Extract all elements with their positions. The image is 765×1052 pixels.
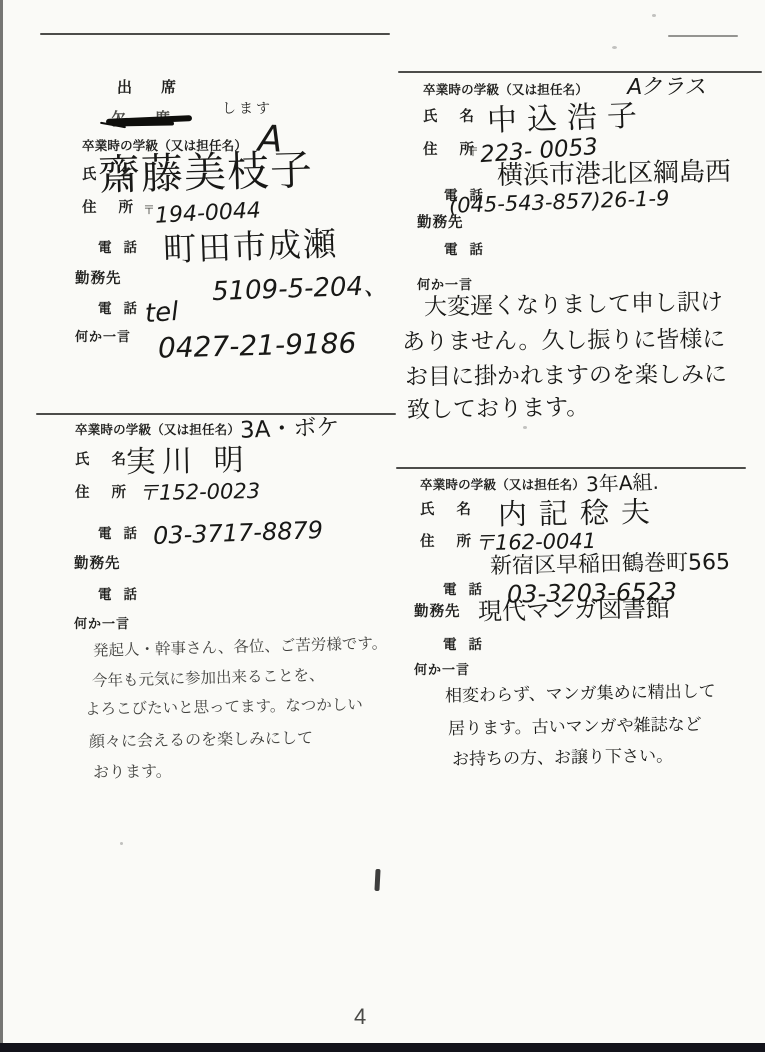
- attend-verb-label: します: [222, 101, 273, 115]
- card1-phone-label: 電話: [98, 241, 149, 255]
- card1-comment-label: 何か一言: [75, 330, 131, 343]
- card2-comment-line: 致しております。: [407, 396, 590, 422]
- card3-workphone-label: 電話: [98, 588, 149, 602]
- card3-comment-line: 今年も元気に参加出来ることを、: [92, 668, 325, 690]
- card4-address-value: 新宿区早稲田鶴巻町565: [490, 552, 730, 578]
- card4-comment-label: 何か一言: [414, 663, 470, 676]
- card4-postal-value: 〒162-0041: [474, 531, 596, 554]
- card4-phone-label: 電話: [443, 583, 494, 597]
- card3-comment-line: よろこびたいと思ってます。なつかしい: [85, 698, 363, 718]
- speck: [612, 46, 617, 49]
- card1-postal-value: 194-0044: [154, 200, 261, 228]
- card1-address2-value: 5109-5-204、: [212, 273, 390, 305]
- card2-class-value: Aクラス: [625, 77, 709, 99]
- card1-workphone-label: 電話: [98, 302, 149, 316]
- card1-workplace-label: 勤務先: [75, 272, 122, 287]
- card4-comment-line: 居ります。古いマンガや雑誌など: [448, 717, 702, 738]
- card1-name-value: 齋藤美枝子: [97, 149, 313, 197]
- scanned-reunion-form-page: 出席 します 欠席 卒業時の学級（又は担任名） A 氏名 齋藤美枝子 住所 〒 …: [0, 0, 765, 1052]
- card1-phone-value: 0427-21-9186: [158, 329, 357, 362]
- card3-comment-line: おります。: [93, 763, 172, 780]
- card4-top-rule: [396, 467, 746, 469]
- card4-name-value: 内記稔夫: [498, 498, 662, 530]
- card2-name-value: 中込浩子: [487, 101, 648, 137]
- speck: [120, 842, 123, 845]
- speck: [652, 14, 656, 17]
- card4-comment-line: 相変わらず、マンガ集めに精出して: [445, 684, 716, 706]
- card3-name-value: 実川 明: [126, 446, 250, 478]
- card1-top-rule-fragment: [668, 35, 738, 37]
- card3-class-label: 卒業時の学級（又は担任名）: [75, 424, 240, 437]
- card1-address-value: 町田市成瀬: [162, 227, 338, 266]
- card3-comment-label: 何か一言: [74, 617, 130, 630]
- card2-address-value: 横浜市港北区綱島西: [497, 159, 731, 189]
- card2-workplace-label: 勤務先: [417, 216, 464, 231]
- card1-top-rule: [40, 33, 390, 35]
- card3-phone-value: 03-3717-8879: [153, 518, 324, 548]
- attend-label: 出席: [117, 80, 205, 95]
- card2-workphone-label: 電話: [444, 243, 495, 257]
- card4-workphone-label: 電話: [443, 638, 494, 652]
- card3-postal-value: 〒152-0023: [138, 481, 260, 504]
- card3-comment-line: 顔々に会えるのを楽しみにして: [89, 730, 313, 750]
- card4-class-label: 卒業時の学級（又は担任名）: [420, 479, 585, 492]
- card2-name-label: 氏名: [423, 110, 496, 125]
- card3-workplace-label: 勤務先: [74, 557, 121, 572]
- card2-phone-value: (045-543-857)26-1-9: [449, 188, 670, 217]
- ink-smudge: [374, 869, 380, 891]
- card3-phone-label: 電話: [98, 527, 149, 541]
- scan-left-edge: [0, 0, 3, 1052]
- card2-comment-line: ありません。久し振りに皆様に: [402, 329, 726, 355]
- card2-top-rule: [398, 71, 762, 73]
- card2-postal-mark: 〒: [467, 146, 479, 158]
- card4-workplace-value: 現代マンガ図書館: [478, 596, 670, 623]
- card3-comment-line: 発起人・幹事さん、各位、ご苦労様です。: [93, 636, 388, 659]
- card4-class-value: 3年A組.: [586, 472, 659, 495]
- card2-class-label: 卒業時の学級（又は担任名）: [423, 84, 588, 97]
- card3-top-rule: [36, 413, 396, 415]
- scan-bottom-bar: [0, 1043, 765, 1052]
- speck: [523, 426, 527, 429]
- card1-phone-note: tel: [144, 299, 179, 327]
- card3-class-value: 3A・ボケ: [240, 416, 340, 442]
- card2-comment-line: お目に掛かれますのを楽しみに: [405, 364, 727, 390]
- card2-comment-line: 大変遅くなりまして申し訳け: [424, 291, 723, 319]
- card4-workplace-label: 勤務先: [414, 605, 461, 620]
- card4-name-label: 氏名: [420, 503, 493, 518]
- card1-postal-mark: 〒: [143, 204, 155, 216]
- page-number: 4: [354, 1004, 366, 1030]
- card4-comment-line: お持ちの方、お譲り下さい。: [452, 748, 673, 769]
- card2-comment-label: 何か一言: [417, 278, 473, 291]
